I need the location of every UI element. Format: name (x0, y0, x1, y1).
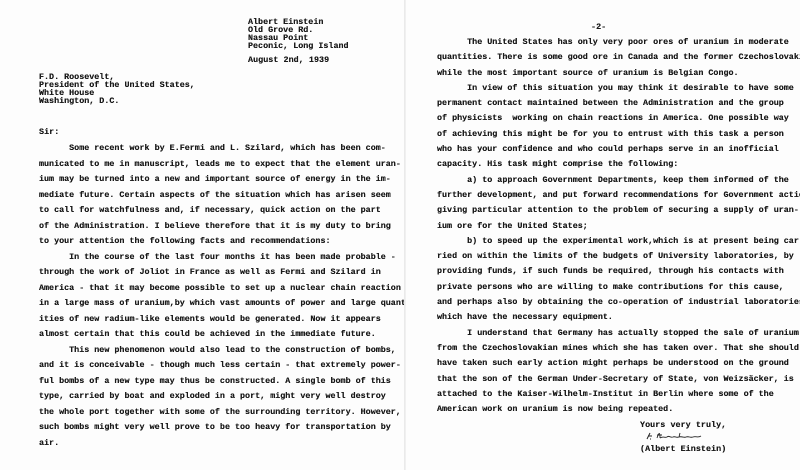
recipient-city: Washington, D.C. (39, 97, 195, 105)
body-line: mediate future. Certain aspects of the s… (39, 188, 411, 204)
body-line: that the son of the German Under-Secreta… (437, 372, 800, 387)
body-line: while the most important source of urani… (437, 66, 800, 81)
body-line: The United States has only very poor ore… (437, 35, 800, 50)
body-line: permanent contact maintained between the… (437, 96, 800, 111)
body-line: through the work of Joliot in France as … (39, 265, 411, 281)
salutation: Sir: (39, 128, 59, 136)
body-line: such bombs might very well prove to be t… (39, 420, 411, 436)
body-line: American work on uranium is now being re… (437, 402, 800, 417)
body-line: and it is conceivable - though much less… (39, 358, 411, 374)
body-line: almost certain that this could be achiev… (39, 327, 411, 343)
letter-body-page-1: Some recent work by E.Fermi and L. Szila… (39, 141, 411, 451)
body-line: providing funds, if such funds be requir… (437, 264, 800, 279)
body-line: capacity. His task might comprise the fo… (437, 157, 800, 172)
signed-name: (Albert Einstein) (640, 445, 726, 453)
body-line: of achieving this might be for you to en… (437, 127, 800, 142)
body-line: which have the necessary equipment. (437, 310, 800, 325)
letter-date: August 2nd, 1939 (248, 56, 329, 64)
body-line: ium ore for the United States; (437, 219, 800, 234)
body-line: ium may be turned into a new and importa… (39, 172, 411, 188)
body-line: air. (39, 436, 411, 452)
body-line: to your attention the following facts an… (39, 234, 411, 250)
body-line: type, carried by boat and exploded in a … (39, 389, 411, 405)
body-line: of the Administration. I believe therefo… (39, 219, 411, 235)
body-line: and perhaps also by obtaining the co-ope… (437, 295, 800, 310)
body-line: b) to speed up the experimental work,whi… (437, 234, 800, 249)
body-line: quantities. There is some good ore in Ca… (437, 50, 800, 65)
body-line: in a large mass of uranium,by which vast… (39, 296, 411, 312)
sender-address: Albert Einstein Old Grove Rd. Nassau Poi… (248, 18, 349, 50)
body-line: of physicists working on chain reactions… (437, 111, 800, 126)
body-line: private persons who are willing to make … (437, 280, 800, 295)
signature-icon (645, 430, 705, 442)
body-line: a) to approach Government Departments, k… (437, 173, 800, 188)
body-line: further development, and put forward rec… (437, 188, 800, 203)
body-line: who has your confidence and who could pe… (437, 142, 800, 157)
body-line: In view of this situation you may think … (437, 81, 800, 96)
body-line: giving particular attention to the probl… (437, 203, 800, 218)
recipient-address: F.D. Roosevelt, President of the United … (39, 73, 195, 105)
body-line: ities of new radium-like elements would … (39, 312, 411, 328)
body-line: ful bombs of a new type may thus be cons… (39, 374, 411, 390)
body-line: attached to the Kaiser-Wilhelm-Institut … (437, 387, 800, 402)
body-line: This new phenomenon would also lead to t… (39, 343, 411, 359)
body-line: In the course of the last four months it… (39, 250, 411, 266)
page-number: -2- (591, 23, 606, 31)
body-line: America - that it may become possible to… (39, 281, 411, 297)
sender-town: Peconic, Long Island (248, 42, 349, 50)
body-line: ried on within the limits of the budgets… (437, 249, 800, 264)
body-line: to call for watchfulness and, if necessa… (39, 203, 411, 219)
body-line: from the Czechoslovakian mines which she… (437, 341, 800, 356)
closing-phrase: Yours very truly, (640, 421, 726, 429)
body-line: the whole port together with some of the… (39, 405, 411, 421)
body-line: Some recent work by E.Fermi and L. Szila… (39, 141, 411, 157)
body-line: I understand that Germany has actually s… (437, 326, 800, 341)
body-line: municated to me in manuscript, leads me … (39, 157, 411, 173)
letter-page-1: Albert Einstein Old Grove Rd. Nassau Poi… (0, 0, 404, 470)
body-line: have taken such early action might perha… (437, 356, 800, 371)
letter-body-page-2: The United States has only very poor ore… (437, 35, 800, 417)
